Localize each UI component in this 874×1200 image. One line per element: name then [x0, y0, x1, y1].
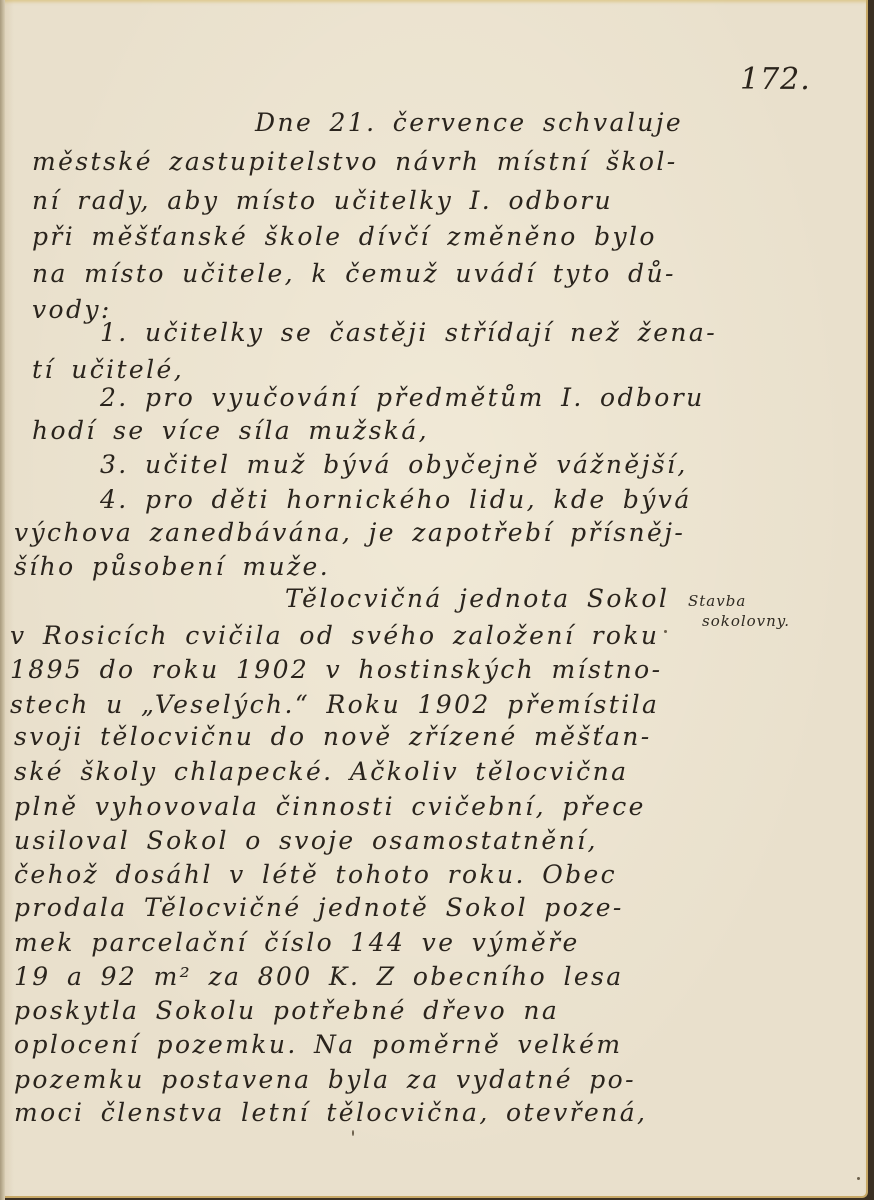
text-line: čehož dosáhl v létě tohoto roku. Obec	[14, 860, 617, 889]
text-line: Dne 21. července schvaluje	[255, 108, 683, 137]
text-line: 19 a 92 m² za 800 K. Z obecního lesa	[14, 962, 624, 991]
text-line: šího působení muže.	[14, 552, 330, 581]
text-line: usiloval Sokol o svoje osamostatnění,	[14, 826, 598, 855]
text-line: svoji tělocvičnu do nově zřízené měšťan-	[14, 722, 652, 751]
text-line: ní rady, aby místo učitelky I. odboru	[32, 186, 613, 215]
text-line: mek parcelační číslo 144 ve výměře	[14, 928, 580, 957]
text-line: ské školy chlapecké. Ačkoliv tělocvična	[14, 757, 628, 786]
text-line: 2. pro vyučování předmětům I. odboru	[100, 383, 705, 412]
ink-speck	[857, 1177, 860, 1180]
text-line: tí učitelé,	[32, 355, 184, 384]
text-line: poskytla Sokolu potřebné dřevo na	[14, 996, 559, 1025]
text-line: 3. učitel muž bývá obyčejně vážnější,	[100, 450, 688, 479]
ink-speck	[352, 1130, 354, 1136]
text-line: 1895 do roku 1902 v hostinských místno-	[10, 655, 662, 684]
text-line: hodí se více síla mužská,	[32, 416, 429, 445]
page-binding-edge	[0, 0, 5, 1200]
text-line: v Rosicích cvičila od svého založení rok…	[10, 621, 659, 650]
page-number: 172.	[740, 62, 811, 97]
text-line: výchova zanedbávána, je zapotřebí přísně…	[14, 518, 685, 547]
text-line: plně vyhovovala činnosti cvičební, přece	[14, 792, 646, 821]
margin-note-line-1: Stavba	[688, 592, 746, 610]
ink-speck	[664, 630, 667, 633]
text-line: 1. učitelky se častěji střídají než žena…	[100, 318, 717, 347]
text-line: prodala Tělocvičné jednotě Sokol poze-	[14, 893, 624, 922]
text-line: při měšťanské škole dívčí změněno bylo	[32, 222, 657, 251]
chronicle-page: 172. Dne 21. července schvaluje městské …	[0, 0, 868, 1198]
text-line: městské zastupitelstvo návrh místní škol…	[32, 147, 678, 176]
text-line: Tělocvičná jednota Sokol	[285, 584, 669, 613]
text-line: na místo učitele, k čemuž uvádí tyto dů-	[32, 259, 676, 288]
margin-note-line-2: sokolovny.	[702, 612, 790, 630]
text-line: pozemku postavena byla za vydatné po-	[14, 1065, 636, 1094]
text-line: oplocení pozemku. Na poměrně velkém	[14, 1030, 622, 1059]
text-line: 4. pro děti hornického lidu, kde bývá	[100, 485, 692, 514]
text-line: moci členstva letní tělocvična, otevřená…	[14, 1098, 647, 1127]
text-line: stech u „Veselých.“ Roku 1902 přemístila	[10, 690, 659, 719]
